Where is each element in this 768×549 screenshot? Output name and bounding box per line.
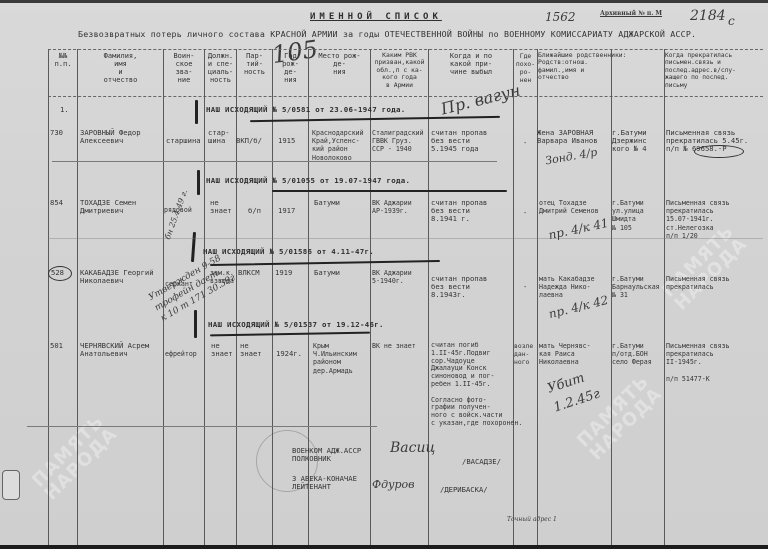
scan-edge [0,0,768,3]
row-separator [52,161,497,162]
commissar-title: ВОЕНКОМ АДЖ.АССР ПОЛКОВНИК [292,447,361,463]
column-divider [236,49,237,549]
cell-when-why: считан пропав без вести 5.1945 года [431,129,487,154]
column-header-birth-year: Год рож- де- ния [273,52,308,84]
handwritten-note: Убит 1.2.45г [545,366,603,419]
cell-position: стар- шина [208,129,230,145]
cell-last-letter: Письменная связь прекратилась 15.07-1941… [666,199,730,240]
order-underline [210,332,370,337]
cell-relatives: мать Какабадзе Надежда Нико- лаевна [539,275,595,300]
cell-num: 501 [50,342,63,350]
cell-birthplace: Крым Ч.Ильинским районом дер.Армадь [313,342,357,375]
cell-called-up: ВК Аджарии АР-1939г. [372,199,412,215]
footer-note: Точный адрес 1 [507,516,557,523]
archive-number: 2184 [690,8,726,24]
cell-name: ЗАРОВНЫЙ Федор Алексеевич [80,129,141,145]
column-header-relatives: Ближайшие родственники: Родств:отнош. фа… [538,52,664,82]
cell-party: ВКП/б/ [236,137,262,145]
cell-called-up: ВК Аджарии 5-1940г. [372,269,412,285]
cell-address: г.Батуми п/отд.БОН село Ферая [612,342,652,367]
cell-address: г.Батуми Барнаульская № 31 [612,275,660,300]
column-divider [513,49,514,549]
cell-relatives: Жена ЗАРОВНАЯ Варвара Иванов [537,129,598,145]
cell-birth-year: 1924г. [276,350,302,358]
order-line: НАШ ИСХОДЯЩИЙ № 5/01055 от 19.07-1947 го… [206,176,410,185]
cell-birthplace: Батуми [314,269,340,277]
row-separator [48,238,763,239]
cell-called-up: Сталиградский ГВВК Груз. ССР - 1940 [372,129,424,154]
cell-buried: - [523,139,527,147]
cell-relatives: мать Чернявс- кая Раиса Николаевна [539,342,591,367]
paper-tear [2,470,20,500]
archive-stamp-label: Архивный № п. М [600,10,662,17]
handwritten-number: 1562 [545,10,576,24]
handwritten-note: Зонд. 4/р [544,146,598,168]
cell-address: г.Батуми ул.улица Шмидта № 105 [612,199,644,232]
margin-annotation: Утвержден 9-58 трофейн дает. к 10 т 171 … [147,251,238,324]
order-underline [250,116,500,122]
order-margin-bar [194,310,197,338]
order-line: НАШ ИСХОДЯЩИЙ № 5/01586 от 4.11-47г. [203,247,374,256]
column-header-name: Фамилия, имя и отчество [78,52,163,84]
column-divider [428,49,429,549]
cell-relatives: отец Тохадзе Дмитрий Семенов [539,199,599,215]
column-header-buried: Где похо- ро- нен [514,52,537,84]
cell-called-up: ВК не знает [372,342,416,350]
cell-position: не знает [211,342,233,358]
cell-when-why: считан пропав без вести 8.1943г. [431,275,487,300]
column-header-position: Должн. и спе- циаль- ность [205,52,236,84]
margin-annotation: бн 25.4.49 г. [163,188,189,240]
column-divider [537,49,538,549]
commissar-name: /ВАСАДЗЕ/ [462,458,501,466]
cell-rank: ефрейтор [165,350,197,358]
cell-last-letter: Письменная связь прекратилась [666,275,730,291]
column-header-last-letter: Когда прекратилась письмен.связь и после… [665,52,765,89]
cell-num: 528 [51,269,64,277]
cell-when-why: считан погиб 1.II-45г.Подвиг сор.Чадоуце… [431,342,522,428]
cell-name: ТОХАДЗЕ Семен Дмитриевич [80,199,136,215]
cell-buried: - [523,209,527,217]
cell-address: г.Батуми Дзержинс кого № 4 [612,129,647,154]
watermark: ПАМЯТЬ НАРОДА [16,399,133,516]
cell-when-why: считан пропав без вести 8.1941 г. [431,199,487,224]
circled-mark [694,145,744,158]
deputy-title: З АВЕКА-КОНАЧАЕ ЛЕЙТЕНАНТ [292,475,357,491]
cell-birthplace: Краснодарский Край,Успенс- кий район Нов… [312,129,364,162]
column-divider [370,49,371,549]
cell-birth-year: 1915 [278,137,295,145]
deputy-name: /ДЕРИБАСКА/ [440,486,488,494]
cell-party: не знает [240,342,262,358]
table-top-border [48,49,763,50]
cell-buried: возле дан- ного [514,342,533,367]
cell-party: ВЛКСМ [238,269,260,277]
column-header-called-up: Каким РВК призван,какой обл.,п с ка- ког… [371,52,428,89]
cell-rank: старшина [166,137,201,145]
column-divider [77,49,78,549]
row-separator [27,426,377,427]
deputy-signature: Фдуров [372,478,415,491]
column-divider [48,49,49,549]
cell-name: КАКАБАДЗЕ Георгий Николаевич [80,269,154,285]
commissar-signature: Васиц [390,440,435,456]
order-underline [210,260,440,266]
column-header-birthplace: Место рож- де- ния [309,52,370,76]
document-sheet: ПАМЯТЬ НАРОДА ПАМЯТЬ НАРОДА ПАМЯТЬ НАРОД… [0,0,768,549]
document-title: ИМЕННОЙ СПИСОК [310,12,442,22]
order-line: НАШ ИСХОДЯЩИЙ № 5/01537 от 19.12-46г. [208,320,384,329]
order-margin-bar [191,232,196,262]
cell-num: 730 [50,129,63,137]
cell-party: б/п [248,207,261,215]
order-margin-bar [197,170,200,195]
column-header-party: Пар- тий- ность [237,52,272,76]
archive-number-suffix: с [728,14,735,28]
cell-position: не знает [210,199,232,215]
order-line: НАШ ИСХОДЯЩИЙ № 5/0581 от 23.06-1947 год… [206,105,405,114]
cell-birthplace: Батуми [314,199,340,207]
document-subtitle: Безвозвратных потерь личного состава КРА… [78,29,696,39]
order-margin-bar [195,100,198,124]
cell-last-letter: Письменная связь прекратилась II-1945г. … [666,342,730,383]
column-header-rank: Воин- ское зва- ние [164,52,204,84]
cell-birth-year: 1919 [275,269,292,277]
margin-note-header: Пр. вагун [439,80,522,118]
cell-buried: - [523,283,527,291]
order-underline [272,190,507,192]
cell-num: 854 [50,199,63,207]
column-header-when-why: Когда и по какой при- чине выбыл [429,52,513,76]
column-divider [664,49,665,549]
section-marker: 1. [60,106,69,114]
column-header-num: №№ п.п. [49,52,77,68]
header-bottom-border [48,96,763,97]
cell-name: ЧЕРНЯВСКИЙ Асрем Анатольевич [80,342,149,358]
cell-birth-year: 1917 [278,207,295,215]
